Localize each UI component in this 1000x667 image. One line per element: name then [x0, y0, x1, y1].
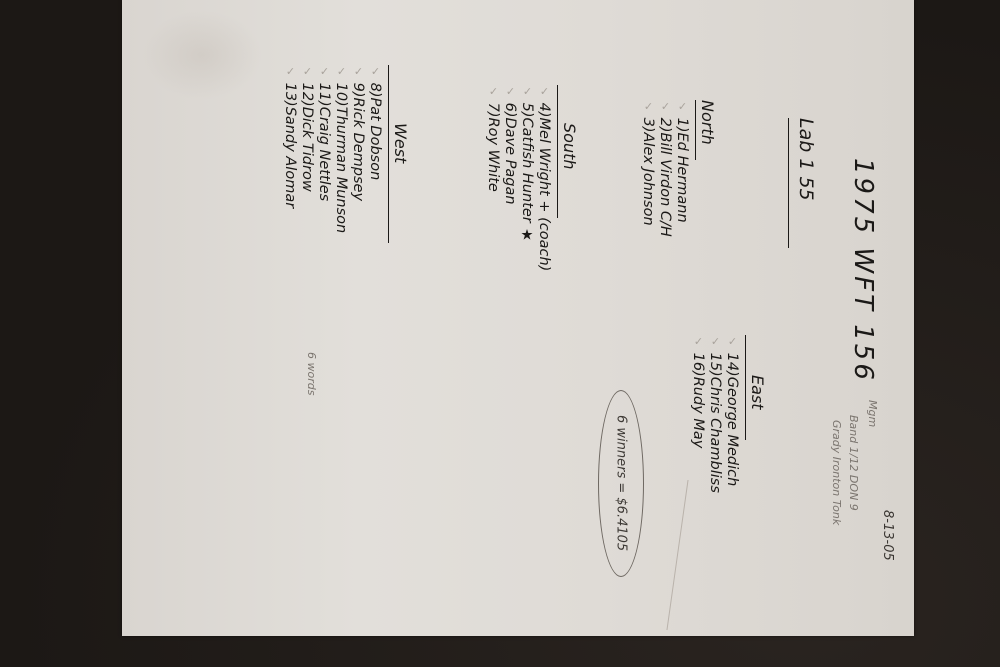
section-south: South ✓ 4)Mel Wright + (coach) ✓ 5)Catfi… [485, 85, 579, 271]
paper-smudge [142, 10, 262, 100]
check-mark-icon: ✓ [521, 85, 534, 98]
check-mark-icon: ✓ [335, 65, 348, 78]
margin-note-line-2: Band 1/12 DON 9 [847, 415, 860, 511]
paper-crease [666, 480, 718, 630]
margin-note-line-3: Grady Ironton Tonk [830, 420, 843, 525]
check-mark-icon: ✓ [692, 335, 705, 348]
check-mark-icon: ✓ [709, 335, 722, 348]
check-mark-icon: ✓ [504, 85, 517, 98]
check-mark-icon: ✓ [642, 100, 655, 113]
check-mark-icon: ✓ [676, 100, 689, 113]
document-title: 1975 WFT 156 [848, 158, 878, 383]
circled-note-text: 6 winners = $6.4105 [614, 415, 629, 551]
check-mark-icon: ✓ [659, 100, 672, 113]
list-item: ✓ 14)George Medich [724, 335, 740, 493]
section-north: North ✓ 1)Ed Hermann ✓ 2)Bill Virdon C/H… [640, 100, 717, 237]
list-item: ✓ 4)Mel Wright + (coach) [536, 85, 552, 271]
check-mark-icon: ✓ [369, 65, 382, 78]
list-item: ✓ 2)Bill Virdon C/H [657, 100, 673, 237]
list-item: ✓ 5)Catfish Hunter ★ [519, 85, 535, 271]
section-heading: South [557, 85, 579, 218]
check-mark-icon: ✓ [538, 85, 551, 98]
check-mark-icon: ✓ [726, 335, 739, 348]
list-item: ✓ 3)Alex Johnson [640, 100, 656, 237]
list-item: ✓ 13)Sandy Alomar [282, 65, 298, 243]
list-item: ✓ 7)Roy White [485, 85, 501, 271]
circled-note: 6 winners = $6.4105 [598, 390, 644, 577]
list-item: ✓ 1)Ed Hermann [674, 100, 690, 237]
list-item: ✓ 11)Craig Nettles [316, 65, 332, 243]
list-item: ✓ 9)Rick Dempsey [350, 65, 366, 243]
section-heading: North [695, 100, 717, 160]
margin-note-line-1: Mgm [866, 400, 879, 427]
section-east: East ✓ 14)George Medich ✓ 15)Chris Chamb… [690, 335, 767, 493]
section-west: West ✓ 8)Pat Dobson ✓ 9)Rick Dempsey ✓ 1… [282, 65, 410, 243]
check-mark-icon: ✓ [284, 65, 297, 78]
pencil-note: 6 words [305, 352, 318, 395]
check-mark-icon: ✓ [352, 65, 365, 78]
date-note: 8-13-05 [880, 510, 895, 561]
list-item: ✓ 12)Dick Tidrow [299, 65, 315, 243]
check-mark-icon: ✓ [301, 65, 314, 78]
document-subtitle: Lab 1 55 [788, 118, 817, 248]
list-item: ✓ 6)Dave Pagan [502, 85, 518, 271]
check-mark-icon: ✓ [318, 65, 331, 78]
list-item: ✓ 15)Chris Chambliss [707, 335, 723, 493]
section-heading: East [745, 335, 767, 440]
section-heading: West [388, 65, 410, 243]
check-mark-icon: ✓ [487, 85, 500, 98]
list-item: ✓ 16)Rudy May [690, 335, 706, 493]
list-item: ✓ 8)Pat Dobson [367, 65, 383, 243]
list-item: ✓ 10)Thurman Munson [333, 65, 349, 243]
